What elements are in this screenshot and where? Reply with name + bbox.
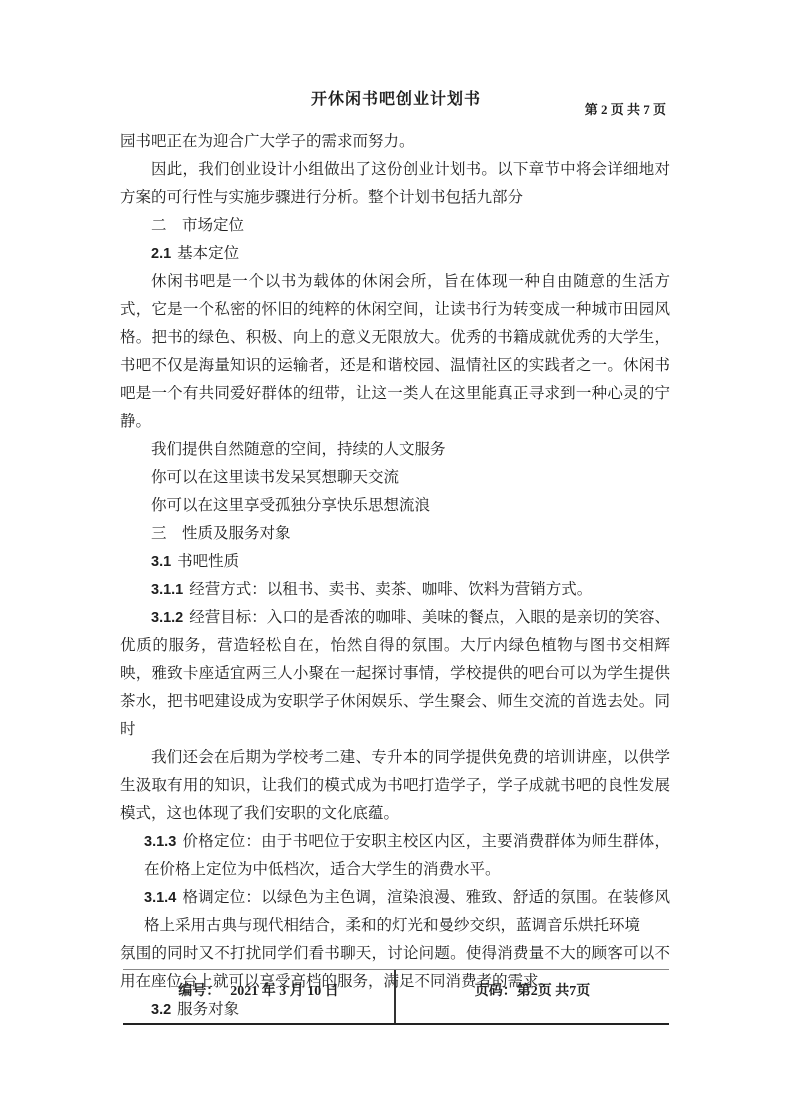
paragraph-3-1-3: 3.1.3价格定位：由于书吧位于安职主校区内区，主要消费群体为师生群体，在价格上… [144,828,670,884]
document-page: { "header": { "title": "开休闲书吧创业计划书", "pa… [0,0,792,1120]
paragraph-intro: 因此，我们创业设计小组做出了这份创业计划书。以下章节中将会详细地对方案的可行性与… [120,156,670,212]
heading-text: 书吧性质 [177,553,239,570]
paragraph-text: 休闲书吧是一个以书为载体的休闲会所，旨在体现一种自由随意的生活方式，它是一个私密… [120,273,670,430]
paragraph-3-1-2-continued: 我们还会在后期为学校考二建、专升本的同学提供免费的培训讲座，以供学生汲取有用的知… [120,744,670,828]
paragraph-text: 因此，我们创业设计小组做出了这份创业计划书。以下章节中将会详细地对方案的可行性与… [120,161,670,206]
clause-number: 3.1.2 [151,610,183,626]
footer-cell-page: 页码：第2页 共7页 [396,970,669,1023]
paragraph-text: 我们还会在后期为学校考二建、专升本的同学提供免费的培训讲座，以供学生汲取有用的知… [120,749,670,822]
heading-section-two: 二 市场定位 [120,212,670,240]
footer-page-value: 第2页 共7页 [517,984,591,999]
paragraph-text: 经营目标：入口的是香浓的咖啡、美味的餐点，入眼的是亲切的笑容、优质的服务，营造轻… [120,609,670,738]
heading-text: 三 性质及服务对象 [151,525,291,542]
heading-text: 二 市场定位 [151,217,244,234]
paragraph-text: 价格定位：由于书吧位于安职主校区内区，主要消费群体为师生群体，在价格上定位为中低… [144,833,670,878]
footer-table: 编号：2021 年 3 月 10 日 页码：第2页 共7页 [123,969,669,1025]
document-title: 开休闲书吧创业计划书 [0,86,792,109]
paragraph-text: 格调定位：以绿色为主色调，渲染浪漫、雅致、舒适的氛围。在装修风格上采用古典与现代… [144,889,670,934]
paragraph-continued: 园书吧正在为迎合广大学子的需求而努力。 [120,128,670,156]
heading-text: 基本定位 [177,245,239,262]
heading-2-1: 2.1基本定位 [120,240,670,268]
clause-number: 3.1 [151,554,171,570]
footer-number-label: 编号： [178,984,220,999]
paragraph-3-1-1: 3.1.1经营方式：以租书、卖书、卖茶、咖啡、饮料为营销方式。 [120,576,670,604]
document-body: 园书吧正在为迎合广大学子的需求而努力。 因此，我们创业设计小组做出了这份创业计划… [120,128,670,1024]
document-header: 开休闲书吧创业计划书 第 2 页 共 7 页 [0,0,792,128]
clause-number: 3.1.4 [144,890,176,906]
line-service-1: 我们提供自然随意的空间，持续的人文服务 [120,436,670,464]
footer-number-value: 2021 年 3 月 10 日 [230,984,339,999]
line-service-2: 你可以在这里读书发呆冥想聊天交流 [120,464,670,492]
paragraph-text: 我们提供自然随意的空间，持续的人文服务 [151,441,446,458]
clause-number: 3.1.3 [144,834,176,850]
line-service-3: 你可以在这里享受孤独分享快乐思想流浪 [120,492,670,520]
paragraph-text: 经营方式：以租书、卖书、卖茶、咖啡、饮料为营销方式。 [189,581,592,598]
heading-3-1: 3.1书吧性质 [120,548,670,576]
footer-cell-number: 编号：2021 年 3 月 10 日 [123,970,396,1023]
clause-number: 3.1.1 [151,582,183,598]
paragraph-text: 园书吧正在为迎合广大学子的需求而努力。 [120,133,415,150]
heading-section-three: 三 性质及服务对象 [120,520,670,548]
paragraph-text: 你可以在这里读书发呆冥想聊天交流 [151,469,399,486]
page-indicator: 第 2 页 共 7 页 [585,99,666,118]
paragraph-positioning: 休闲书吧是一个以书为载体的休闲会所，旨在体现一种自由随意的生活方式，它是一个私密… [120,268,670,436]
paragraph-3-1-2: 3.1.2经营目标：入口的是香浓的咖啡、美味的餐点，入眼的是亲切的笑容、优质的服… [120,604,670,744]
footer-page-label: 页码： [475,984,517,999]
clause-number: 2.1 [151,246,171,262]
paragraph-text: 你可以在这里享受孤独分享快乐思想流浪 [151,497,430,514]
paragraph-3-1-4: 3.1.4格调定位：以绿色为主色调，渲染浪漫、雅致、舒适的氛围。在装修风格上采用… [144,884,670,940]
